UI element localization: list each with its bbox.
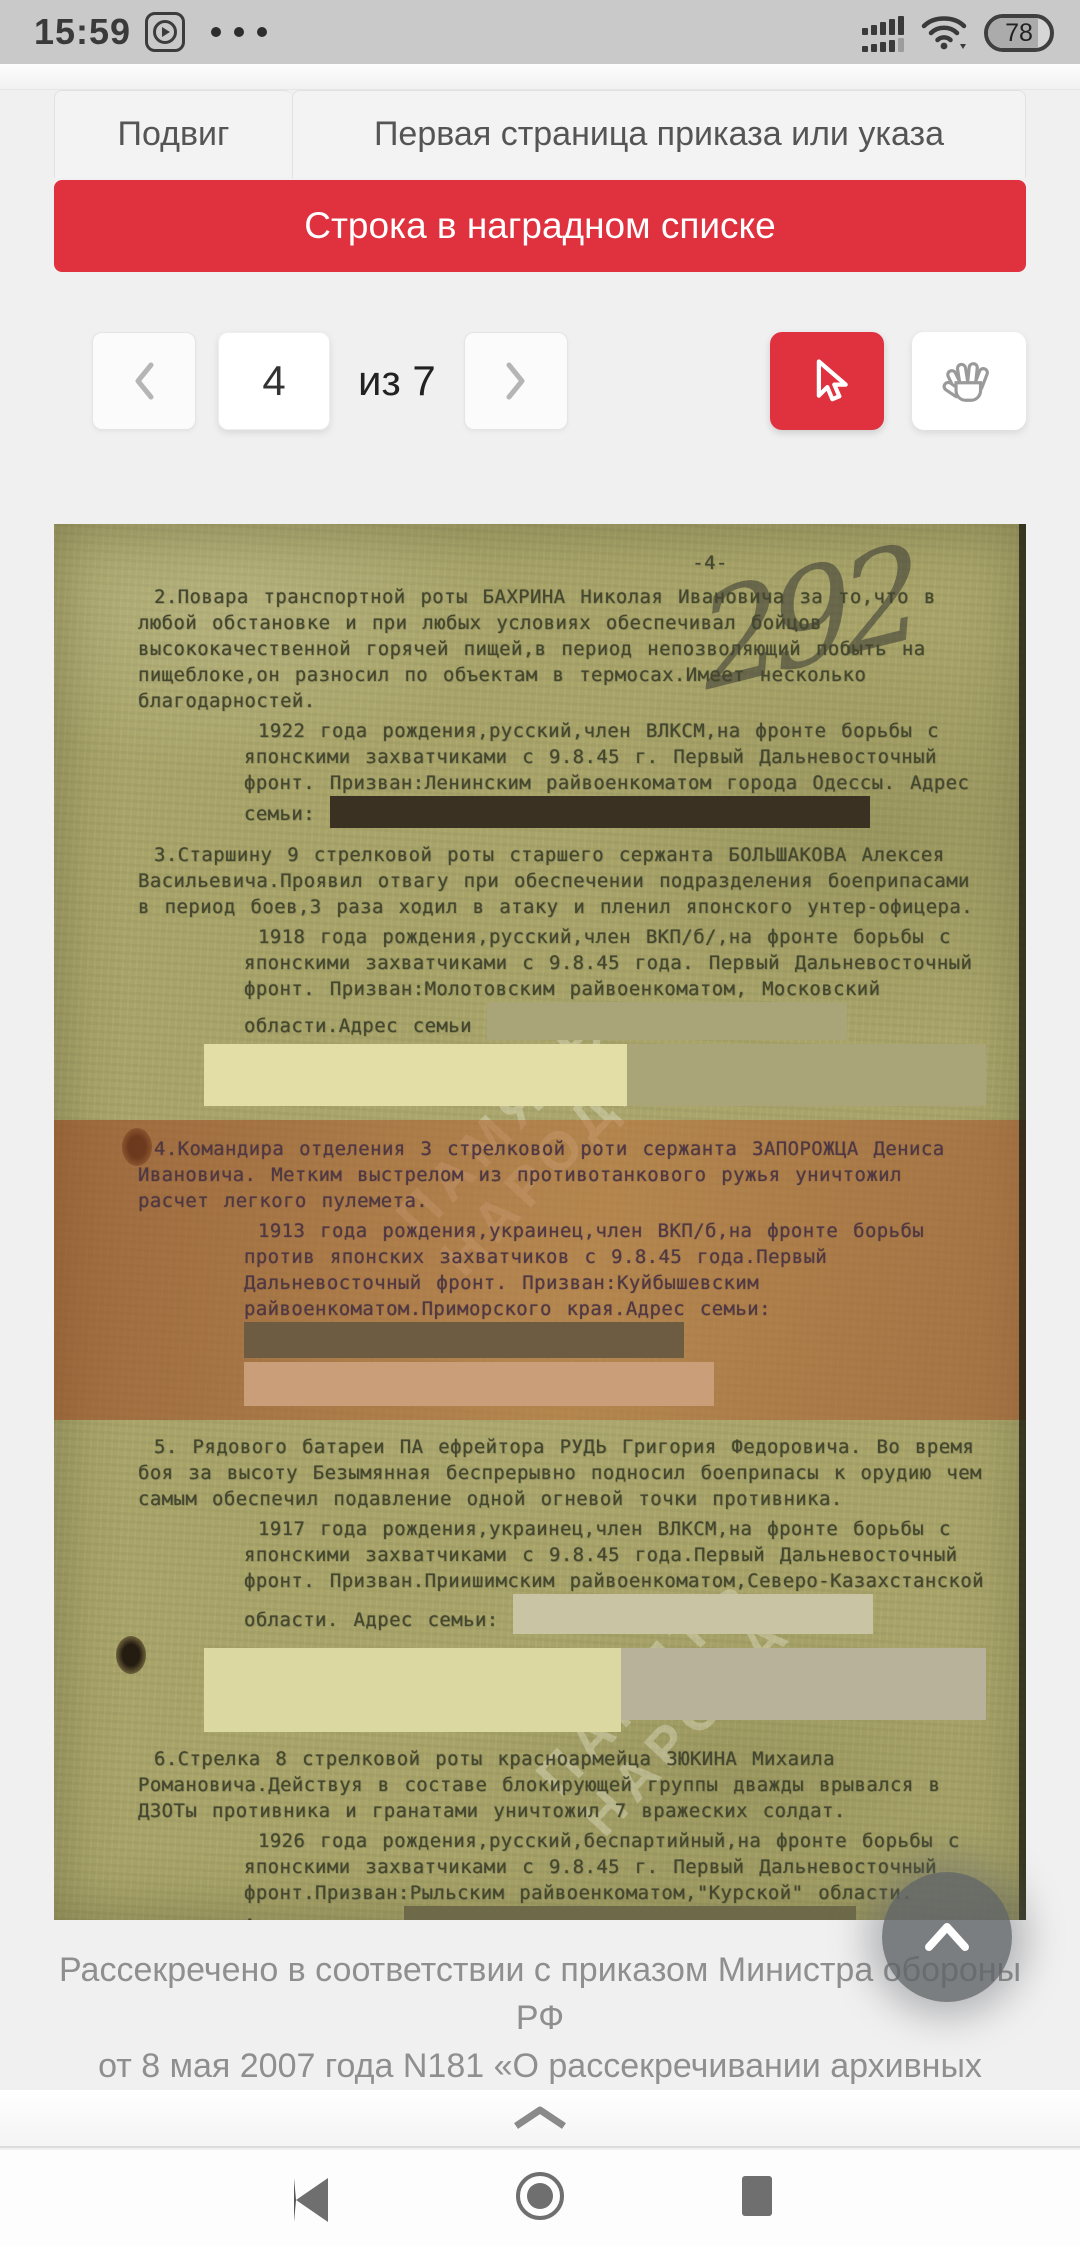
android-nav-bar (0, 2150, 1080, 2246)
highlighted-entry: 4.Командира отделения 3 стрелковой роти … (54, 1120, 1026, 1420)
chevron-right-icon (502, 359, 530, 403)
battery-icon: 78 (984, 14, 1054, 52)
entry-details: 1918 года рождения,русский,член ВКП/б/,н… (94, 924, 986, 1040)
entry-text: 2.Повара транспортной роты БАХРИНА Никол… (94, 584, 986, 714)
page-top-shadow (0, 64, 1080, 90)
scroll-to-top-button[interactable] (882, 1872, 1012, 2002)
redaction-bar (513, 1594, 873, 1634)
select-tool-button[interactable] (770, 332, 884, 430)
award-entry: 3.Старшину 9 стрелковой роты старшего се… (94, 842, 986, 1106)
nav-back-button[interactable] (294, 2178, 328, 2222)
media-player-icon (145, 12, 185, 52)
award-entry: 6.Стрелка 8 стрелковой роты красноармейц… (94, 1746, 986, 1920)
document-scan-viewport[interactable]: 292 ПАМЯТЬНАРОДА ПАМЯТЬНАРОДА -4- 2.Пова… (54, 524, 1026, 1920)
entry-text: 4.Командира отделения 3 стрелковой роти … (94, 1136, 986, 1214)
clock: 15:59 (34, 11, 131, 53)
entry-text: 3.Старшину 9 стрелковой роты старшего се… (94, 842, 986, 920)
entry-details: 1926 года рождения,русский,беспартийный,… (94, 1828, 986, 1920)
page-count-label: из 7 (358, 357, 436, 405)
redaction-bar (204, 1044, 627, 1106)
hand-icon (941, 353, 997, 409)
bottom-sheet-handle[interactable] (0, 2090, 1080, 2148)
cellular-signal-icon (862, 16, 904, 52)
redaction-bar (627, 1044, 986, 1106)
next-page-button[interactable] (464, 332, 568, 430)
chevron-left-icon (130, 359, 158, 403)
tab-podvig-label: Подвиг (118, 115, 230, 154)
pan-tool-button[interactable] (912, 332, 1026, 430)
tab-award-list-row-label: Строка в наградном списке (304, 205, 775, 247)
wifi-icon (920, 12, 968, 52)
doc-page-number: -4- (94, 550, 986, 576)
status-bar: 15:59 78 (0, 0, 1080, 64)
award-entry: 5. Рядового батареи ПА ефрейтора РУДЬ Гр… (94, 1434, 986, 1732)
redaction-bar (404, 1906, 856, 1920)
viewer-tabs: Подвиг Первая страница приказа или указа (54, 90, 1026, 178)
tab-first-page[interactable]: Первая страница приказа или указа (292, 90, 1026, 178)
prev-page-button[interactable] (92, 332, 196, 430)
page-number-input[interactable] (218, 332, 330, 430)
entry-details: 1913 года рождения,украинец,член ВКП/б,н… (94, 1218, 986, 1358)
redaction-bar (330, 796, 870, 828)
chevron-up-icon (511, 2105, 569, 2131)
nav-home-button[interactable] (516, 2172, 564, 2220)
redaction-bar (621, 1648, 986, 1720)
more-notifications-icon (211, 27, 267, 37)
nav-recents-button[interactable] (742, 2176, 772, 2216)
award-entry: 2.Повара транспортной роты БАХРИНА Никол… (94, 584, 986, 828)
entry-text: 6.Стрелка 8 стрелковой роты красноармейц… (94, 1746, 986, 1824)
page-navigation: из 7 (54, 332, 1026, 430)
redaction-bar (244, 1362, 714, 1406)
entry-details: 1917 года рождения,украинец,член ВЛКСМ,н… (94, 1516, 986, 1634)
redaction-bar (204, 1648, 621, 1732)
battery-percent: 78 (1005, 19, 1033, 48)
tab-first-page-label: Первая страница приказа или указа (374, 115, 944, 154)
entry-text: 5. Рядового батареи ПА ефрейтора РУДЬ Гр… (94, 1434, 986, 1512)
redaction-bar (244, 1322, 684, 1358)
entry-details: 1922 года рождения,русский,член ВЛКСМ,на… (94, 718, 986, 828)
tab-podvig[interactable]: Подвиг (54, 90, 292, 178)
tab-award-list-row[interactable]: Строка в наградном списке (54, 180, 1026, 272)
cursor-icon (801, 355, 853, 407)
redaction-bar (487, 1002, 847, 1040)
chevron-up-icon (915, 1917, 979, 1957)
